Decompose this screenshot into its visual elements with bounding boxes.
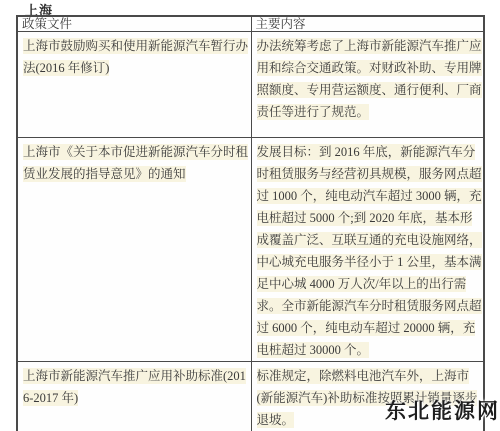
policy-table: 政策文件 主要内容 上海市鼓励购买和使用新能源汽车暂行办法(2016 年修订) … xyxy=(16,15,485,431)
policy-text: 上海市新能源汽车推广应用补助标准(2016-2017 年) xyxy=(23,368,246,406)
content-text: 发展目标：到 2016 年底，新能源汽车分时租赁服务与经营初具规模，服务网点超过… xyxy=(257,144,482,358)
table-header-policy: 政策文件 xyxy=(17,16,251,32)
table-header-row: 政策文件 主要内容 xyxy=(17,16,484,32)
table-row: 上海市鼓励购买和使用新能源汽车暂行办法(2016 年修订) 办法统筹考虑了上海市… xyxy=(17,32,484,138)
policy-text: 上海市鼓励购买和使用新能源汽车暂行办法(2016 年修订) xyxy=(23,38,248,76)
policy-cell: 上海市鼓励购买和使用新能源汽车暂行办法(2016 年修订) xyxy=(17,32,251,138)
content-cell: 发展目标：到 2016 年底，新能源汽车分时租赁服务与经营初具规模，服务网点超过… xyxy=(251,138,484,362)
policy-cell: 上海市《关于本市促进新能源汽车分时租赁业发展的指导意见》的通知 xyxy=(17,138,251,362)
content-text: 办法统筹考虑了上海市新能源汽车推广应用和综合交通政策。对财政补助、专用牌照额度、… xyxy=(257,38,482,120)
watermark: 东北能源网 xyxy=(385,395,500,425)
content-cell: 办法统筹考虑了上海市新能源汽车推广应用和综合交通政策。对财政补助、专用牌照额度、… xyxy=(251,32,484,138)
policy-text: 上海市《关于本市促进新能源汽车分时租赁业发展的指导意见》的通知 xyxy=(23,144,248,182)
policy-cell: 上海市新能源汽车推广应用补助标准(2016-2017 年) xyxy=(17,362,251,431)
table-header-content: 主要内容 xyxy=(251,16,484,32)
table-row: 上海市《关于本市促进新能源汽车分时租赁业发展的指导意见》的通知 发展目标：到 2… xyxy=(17,138,484,362)
